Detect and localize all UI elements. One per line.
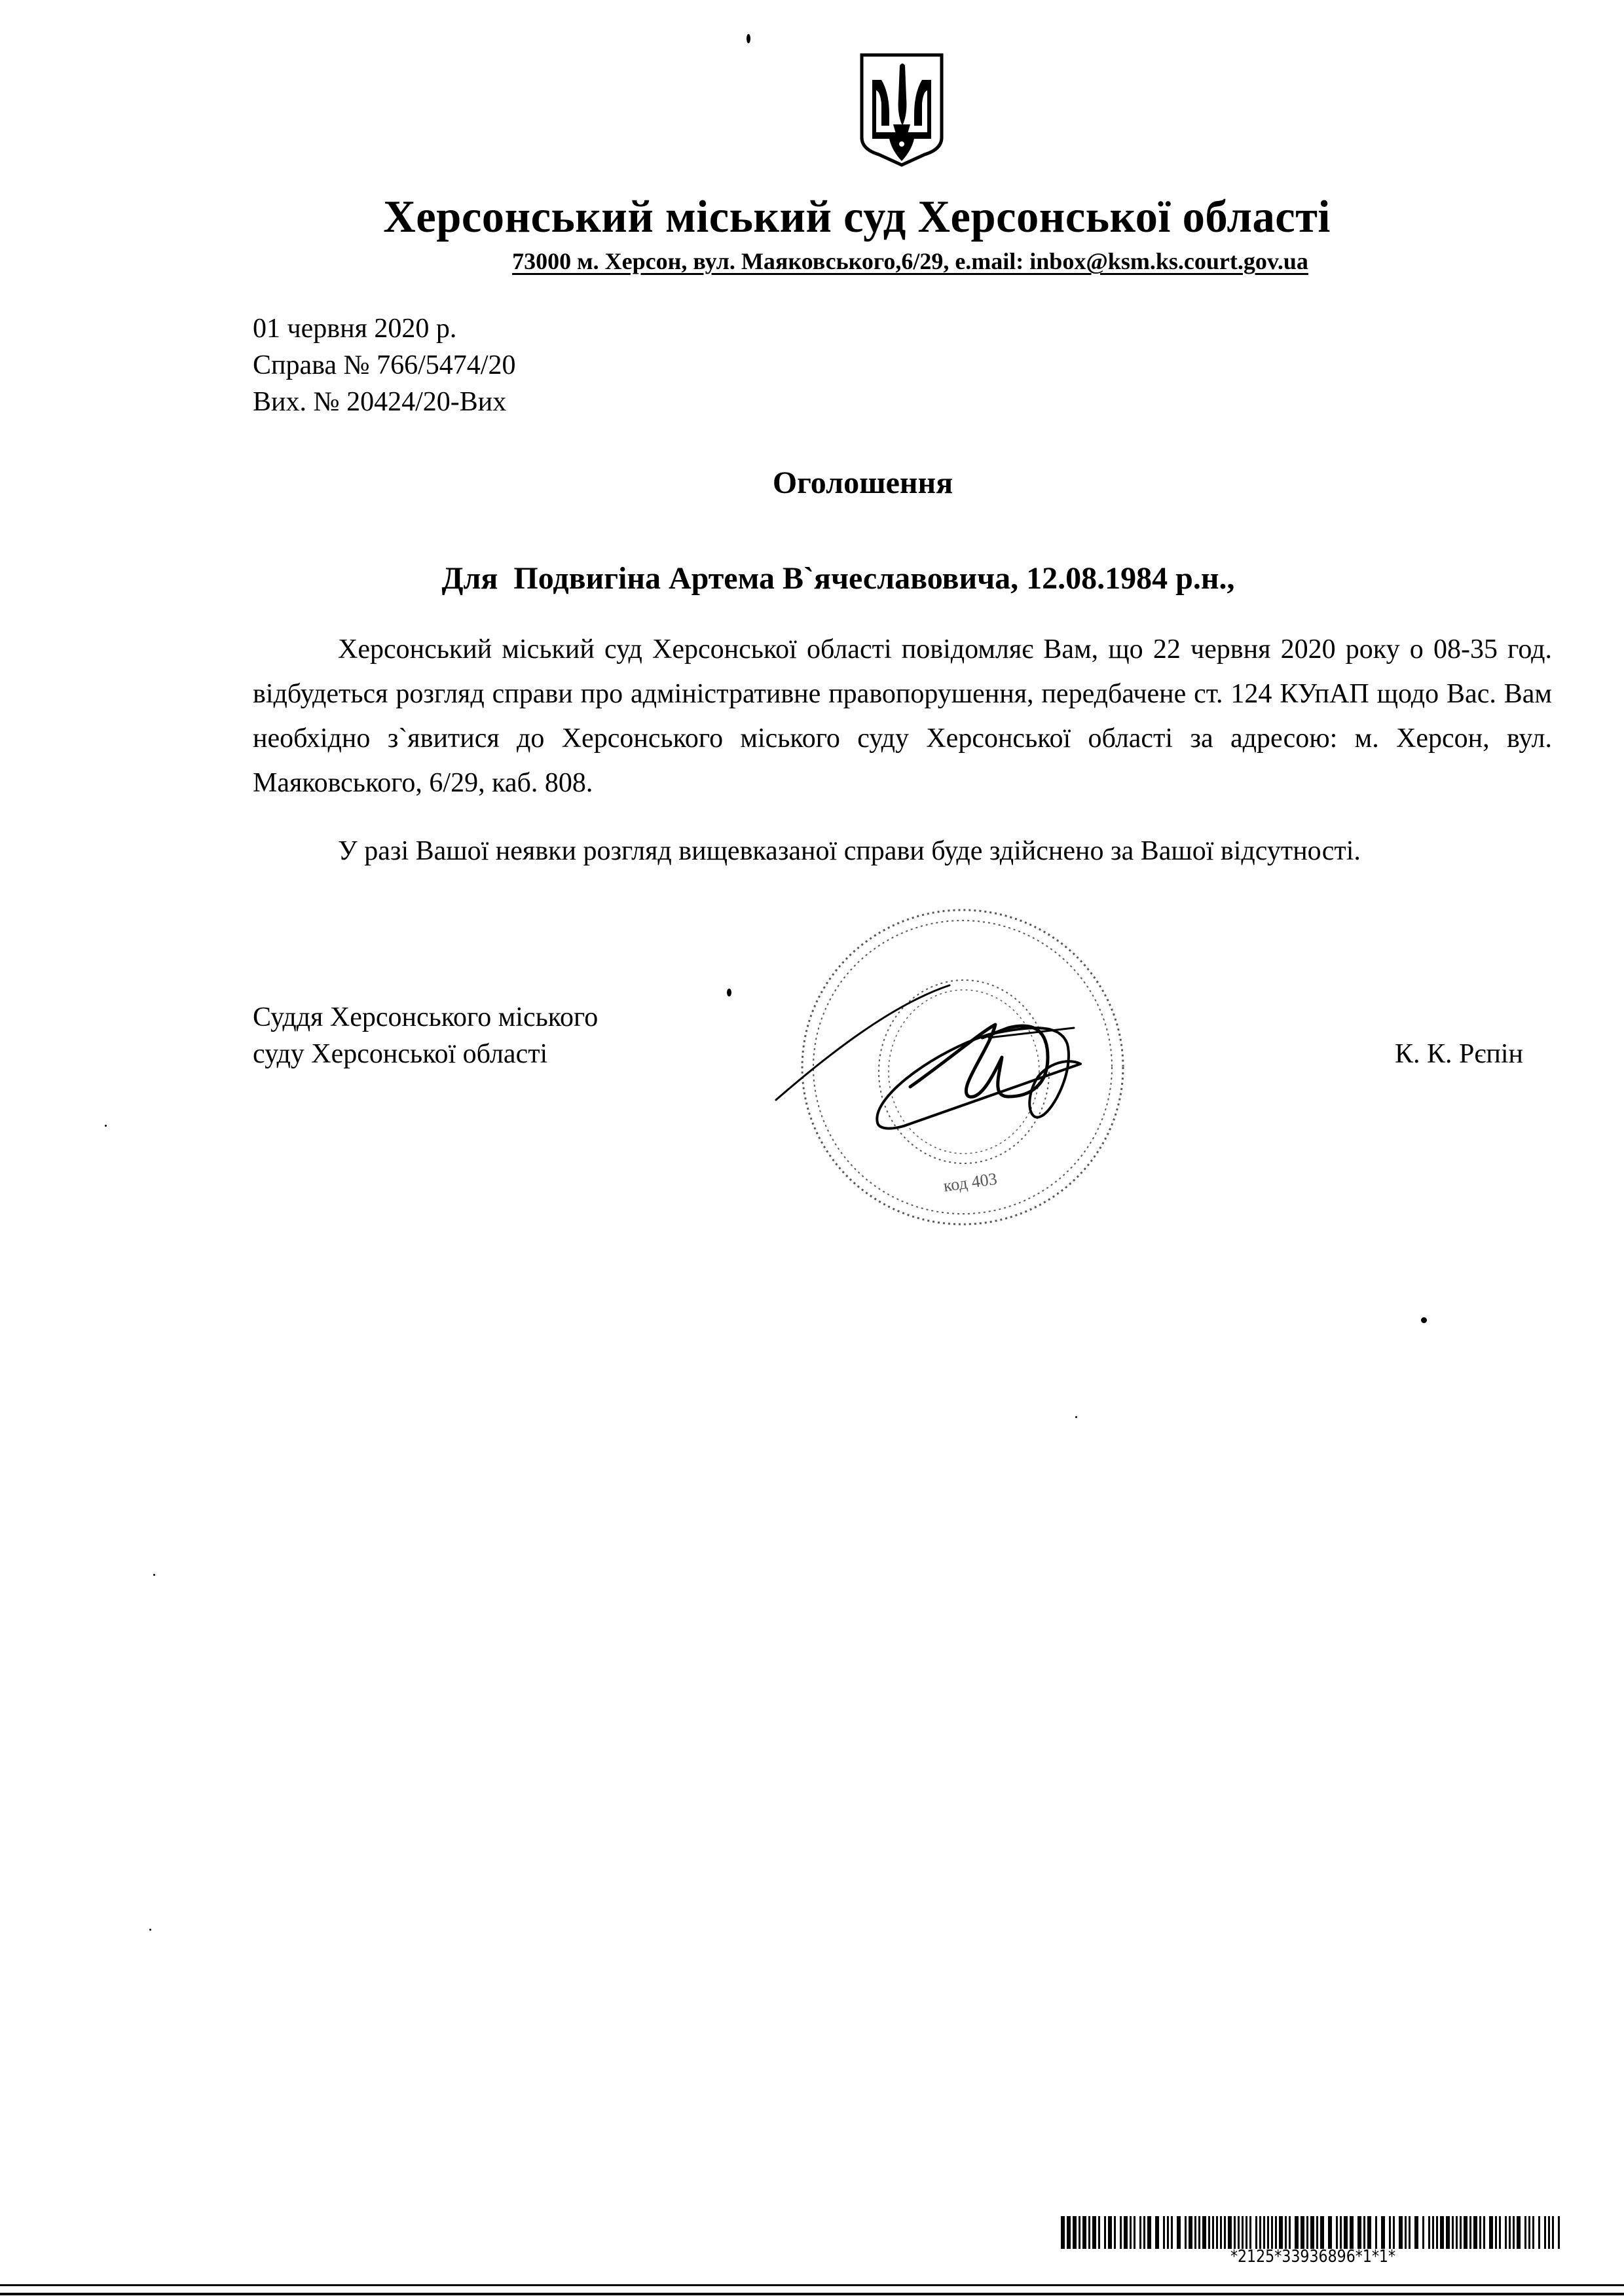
scan-speck xyxy=(1075,1416,1077,1418)
document-date: 01 червня 2020 р. xyxy=(253,310,515,347)
notice-addressee: Для Подвигіна Артема В`ячеславовича, 12.… xyxy=(0,560,1624,596)
court-address-text: 73000 м. Херсон, вул. Маяковського,6/29,… xyxy=(512,248,1308,274)
scan-border-line xyxy=(0,2293,1624,2295)
signature-icon xyxy=(776,985,1080,1129)
scan-speck xyxy=(747,34,750,43)
scan-speck xyxy=(105,1125,107,1127)
court-stamp: код 403 xyxy=(773,900,1139,1234)
coat-of-arms-icon xyxy=(859,52,944,167)
barcode-number: *2125*33936896*1*1* xyxy=(1099,2247,1528,2267)
scan-speck xyxy=(149,1929,151,1931)
stamp-code-text: код 403 xyxy=(942,1169,999,1195)
scan-speck xyxy=(1421,1317,1427,1323)
case-number: Справа № 766/5474/20 xyxy=(253,347,515,384)
judge-title-line: суду Херсонської області xyxy=(253,1036,598,1072)
scan-border-line xyxy=(0,2284,1624,2286)
scan-speck xyxy=(727,989,731,996)
notice-paragraph: Херсонський міський суд Херсонської обла… xyxy=(253,627,1552,805)
reference-block: 01 червня 2020 р. Справа № 766/5474/20 В… xyxy=(253,310,515,420)
judge-title: Суддя Херсонського міського суду Херсонс… xyxy=(253,999,598,1072)
court-address: 73000 м. Херсон, вул. Маяковського,6/29,… xyxy=(0,247,1624,275)
notice-title: Оголошення xyxy=(0,465,1624,501)
barcode xyxy=(1061,2216,1565,2249)
notice-paragraph: У разі Вашої неявки розгляд вищевказаної… xyxy=(253,829,1552,873)
outgoing-number: Вих. № 20424/20-Вих xyxy=(253,384,515,420)
judge-name: К. К. Рєпін xyxy=(1395,1036,1523,1072)
judge-title-line: Суддя Херсонського міського xyxy=(253,999,598,1036)
scan-speck xyxy=(153,1574,155,1576)
court-name: Херсонський міський суд Херсонської обла… xyxy=(16,191,1608,244)
